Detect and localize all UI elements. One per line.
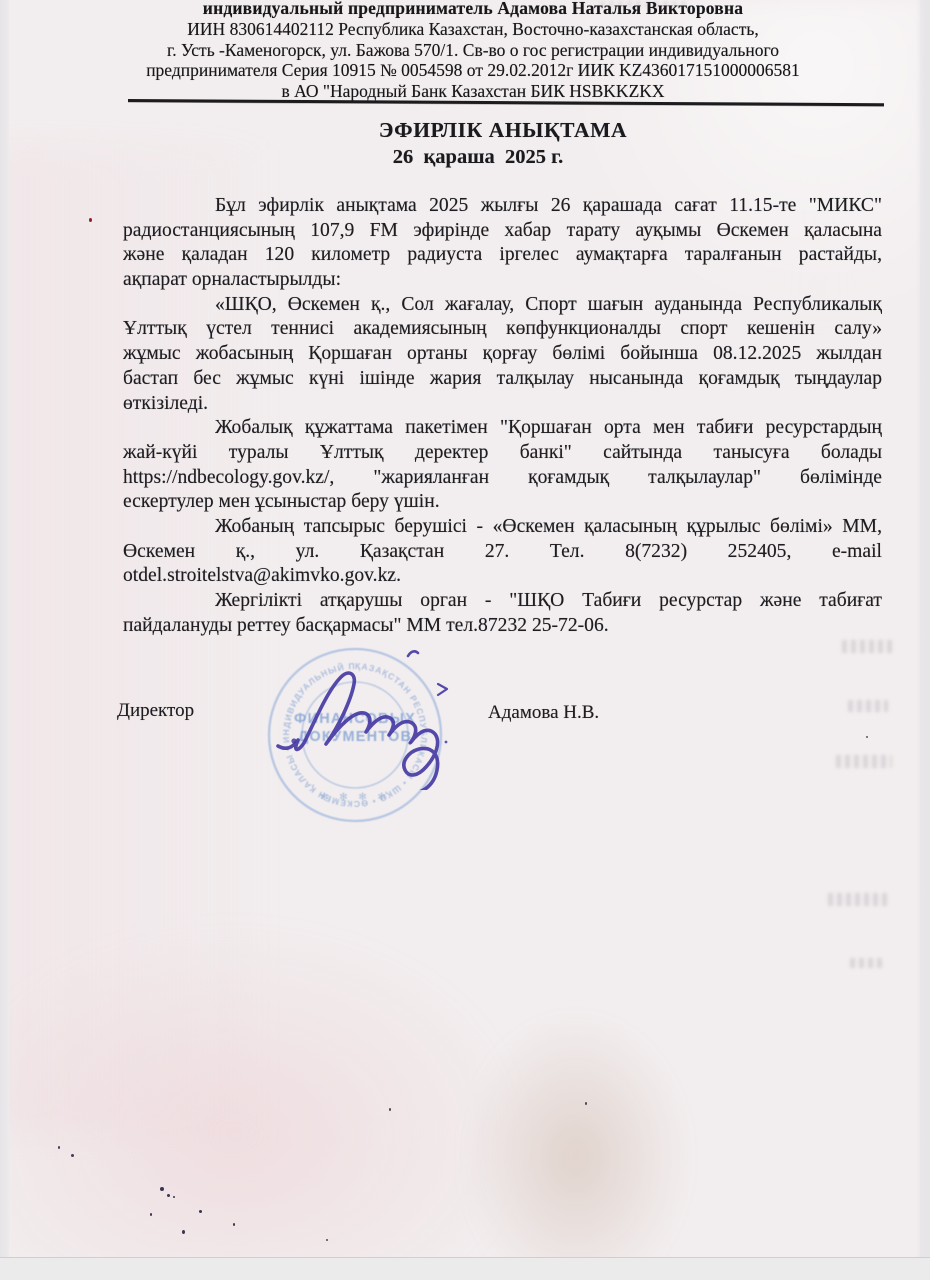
ink-speckle xyxy=(173,1196,175,1198)
ink-speckle xyxy=(89,218,92,222)
ink-speckle xyxy=(389,1108,391,1111)
ink-speckle xyxy=(199,1210,202,1213)
body-line: жұмыс жобасының Қоршаған ортаны қорғау б… xyxy=(123,342,882,367)
doc-title: ЭФИРЛІК АНЫҚТАМА xyxy=(123,118,883,143)
ink-speckle xyxy=(182,1230,185,1234)
body-line: Жобаның тапсырыс берушісі - «Өскемен қал… xyxy=(123,515,882,540)
ink-speckle xyxy=(233,1223,235,1226)
letterhead: индивидуальный предприниматель Адамова Н… xyxy=(40,0,906,102)
body-line: https://ndbecology.gov.kz/, "жарияланған… xyxy=(123,466,882,491)
bleed-through-smudge xyxy=(836,755,892,768)
body-line: жай-күйі туралы Ұлттық деректер банкі" с… xyxy=(123,441,882,466)
signatory-name: Адамова Н.В. xyxy=(488,702,599,724)
ink-speckle xyxy=(150,1213,152,1216)
ink-speckle xyxy=(167,1194,170,1197)
ink-speckle xyxy=(58,1146,60,1149)
ink-speckle xyxy=(160,1187,164,1191)
body-line: «ШҚО, Өскемен қ., Сол жағалау, Спорт шағ… xyxy=(123,293,882,318)
letterhead-line: предпринимателя Серия 10915 № 0054598 от… xyxy=(40,60,906,81)
body-line: Өскемен қ., ул. Қазақстан 27. Тел. 8(723… xyxy=(123,540,882,565)
scanned-document-page: индивидуальный предприниматель Адамова Н… xyxy=(0,0,930,1280)
bleed-through-smudge xyxy=(848,700,888,712)
doc-date: 26 қараша 2025 г. xyxy=(98,146,858,169)
body-line: ақпарат орналастырылды: xyxy=(123,268,882,293)
bleed-through-smudge xyxy=(600,1,686,8)
ink-speckle xyxy=(71,1154,74,1157)
ink-speckle xyxy=(326,1239,328,1241)
body-line: Жобалық құжаттама пакетімен "Қоршаған ор… xyxy=(123,416,882,441)
doc-body: Бұл эфирлік анықтама 2025 жылғы 26 қараш… xyxy=(123,194,882,638)
director-label: Директор xyxy=(117,700,194,722)
body-line: Ұлттық үстел теннисі академиясының көпфу… xyxy=(123,317,882,342)
ink-speckle xyxy=(585,1102,587,1105)
handwritten-signature xyxy=(260,630,500,790)
body-line: пайдалануды реттеу басқармасы" ММ тел.87… xyxy=(123,614,882,639)
body-line: otdel.stroitelstva@akimvko.gov.kz. xyxy=(123,564,882,589)
letterhead-line: г. Усть -Каменогорск, ул. Бажова 570/1. … xyxy=(40,40,906,61)
letterhead-line: индивидуальный предприниматель Адамова Н… xyxy=(40,0,906,19)
body-line: және қаладан 120 километр радиуста іргел… xyxy=(123,243,882,268)
body-line: бастап бес жұмыс күні ішінде жария талқы… xyxy=(123,367,882,392)
body-line: өткізіледі. xyxy=(123,392,882,417)
body-line: Бұл эфирлік анықтама 2025 жылғы 26 қараш… xyxy=(123,194,882,219)
scan-edge-bottom xyxy=(0,1257,930,1280)
stamp-bottom-marks: ✻ ✻ ✻ ✻ xyxy=(320,792,390,803)
bleed-through-smudge xyxy=(828,893,890,906)
bleed-through-smudge xyxy=(842,640,894,653)
body-line: Жергілікті атқарушы орган - "ШҚО Табиғи … xyxy=(123,589,882,614)
body-line: ескертулер мен ұсыныстар беру үшін. xyxy=(123,490,882,515)
body-line: радиостанциясының 107,9 FM эфирінде хаба… xyxy=(123,219,882,244)
bleed-through-smudge xyxy=(850,958,882,968)
ink-speckle xyxy=(866,736,868,738)
letterhead-line: ИИН 830614402112 Республика Казахстан, В… xyxy=(40,19,906,40)
